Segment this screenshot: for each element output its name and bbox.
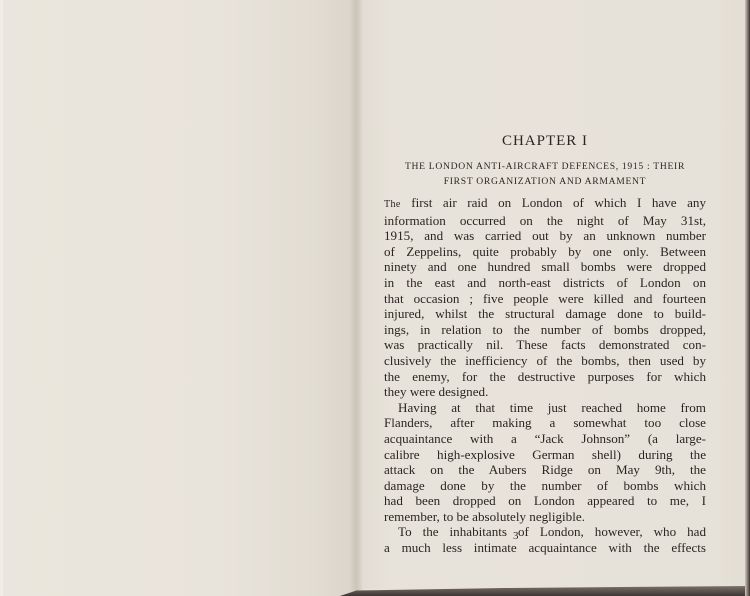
text-line: ings, in relation to the number of bombs… <box>384 322 706 338</box>
text-line: remember, to be absolutely negligible. <box>384 509 706 525</box>
page-number: 3 <box>513 530 519 542</box>
text-line: injured, whilst the structural damage do… <box>384 306 706 322</box>
paragraph-2: Having at that time just reached home fr… <box>384 400 706 525</box>
text-line: was practically nil. These facts demonst… <box>384 337 706 353</box>
text-line: a much less intimate acquaintance with t… <box>384 540 706 556</box>
text-line: To the inhabitants of London, however, w… <box>384 524 706 540</box>
text-line: calibre high-explosive German shell) dur… <box>384 447 706 463</box>
book-spread: CHAPTER I THE LONDON ANTI-AIRCRAFT DEFEN… <box>0 0 750 596</box>
text-line: of Zeppelins, quite probably by one only… <box>384 244 706 260</box>
text-line: in the east and north-east districts of … <box>384 275 706 291</box>
chapter-text-block: CHAPTER I THE LONDON ANTI-AIRCRAFT DEFEN… <box>384 133 706 556</box>
text-line: they were designed. <box>384 384 706 400</box>
text-line: acquaintance with a “Jack Johnson” (a la… <box>384 431 706 447</box>
chapter-subtitle-line: FIRST ORGANIZATION AND ARMAMENT <box>384 174 706 189</box>
text-line: the enemy, for the destructive purposes … <box>384 369 706 385</box>
text-line: had been dropped on London appeared to m… <box>384 493 706 509</box>
chapter-title: CHAPTER I <box>384 133 706 150</box>
text-line: The first air raid on London of which I … <box>384 195 706 213</box>
text-line: information occurred on the night of May… <box>384 213 706 229</box>
text-line: Having at that time just reached home fr… <box>384 400 706 416</box>
text-line: Flanders, after making a somewhat too cl… <box>384 415 706 431</box>
small-caps-opening: The <box>384 199 401 210</box>
paragraph-3: To the inhabitants of London, however, w… <box>384 524 706 555</box>
text-line: damage done by the number of bombs which <box>384 478 706 494</box>
text-line: clusively the inefficiency of the bombs,… <box>384 353 706 369</box>
paragraph-1: The first air raid on London of which I … <box>384 195 706 400</box>
chapter-subtitle: THE LONDON ANTI-AIRCRAFT DEFENCES, 1915 … <box>384 159 706 189</box>
text-line: ninety and one hundred small bombs were … <box>384 259 706 275</box>
text-line: attack on the Aubers Ridge on May 9th, t… <box>384 462 706 478</box>
text-line: 1915, and was carried out by an unknown … <box>384 228 706 244</box>
page-right-edge <box>745 0 750 596</box>
text-line: that occasion ; five people were killed … <box>384 291 706 307</box>
left-page-blank <box>0 0 358 596</box>
chapter-subtitle-line: THE LONDON ANTI-AIRCRAFT DEFENCES, 1915 … <box>384 159 706 174</box>
